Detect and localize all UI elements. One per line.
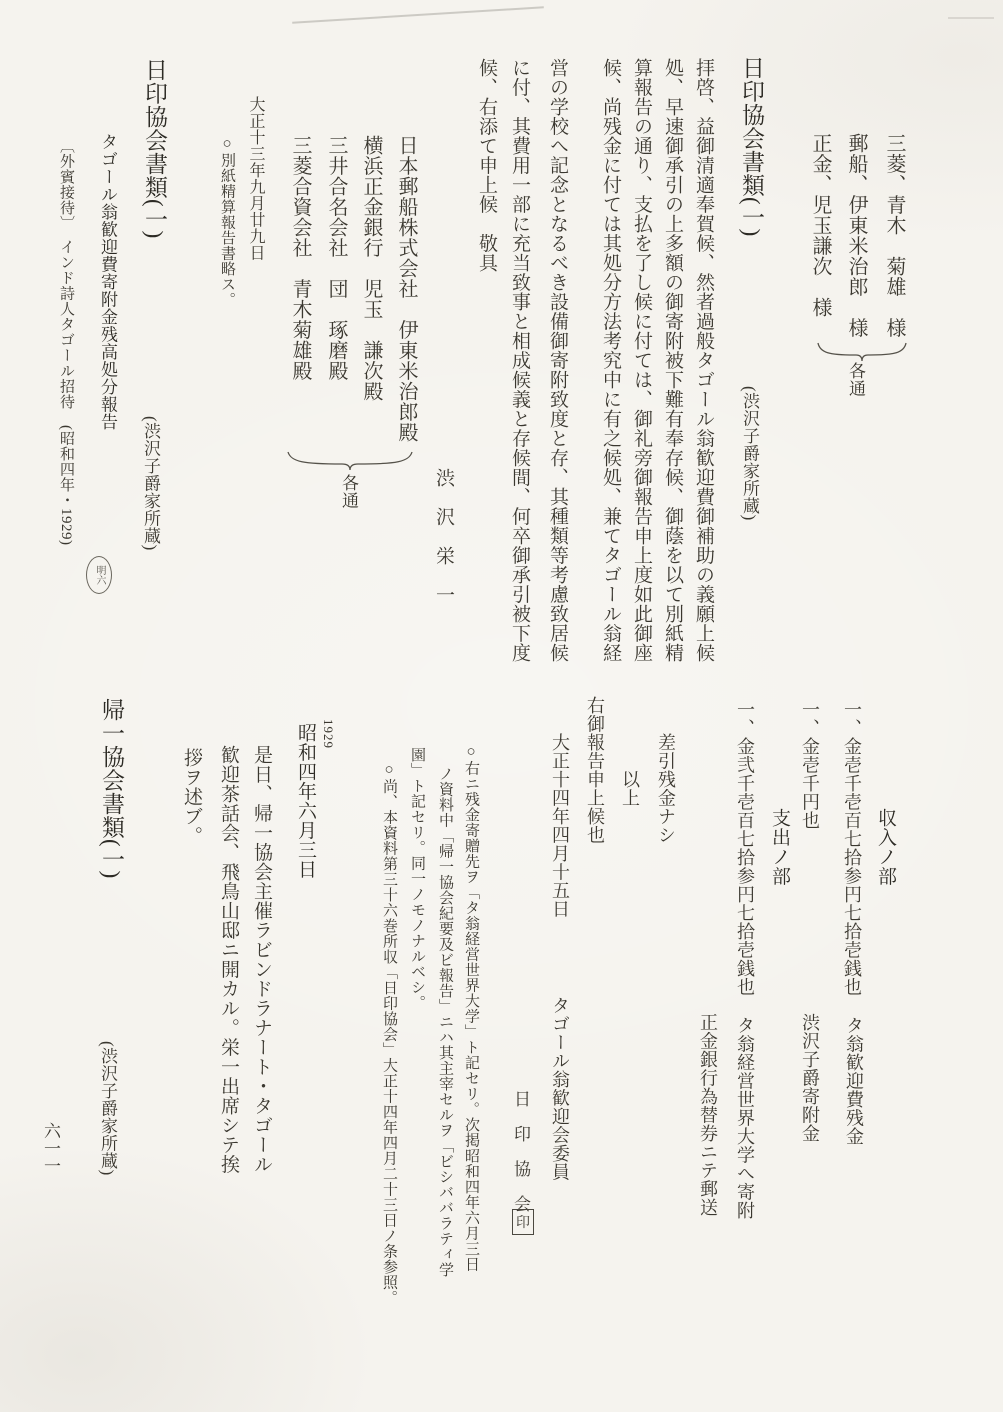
scan-mark [948, 17, 994, 19]
scan-scratch [292, 6, 544, 23]
archive-stamp: 明六 [86, 556, 112, 594]
doc3-body-column: 是日、帰一協会主催ラビンドラナート・タゴール [252, 745, 271, 1174]
balance-line: 差引残金ナシ [657, 733, 675, 844]
letter-column: 拝啓、益御清適奉賀候、然者過般タゴール翁歓迎費御補助の義願上候 [694, 58, 713, 663]
addressee-name: 正金、児玉謙次 様 [810, 133, 830, 318]
editor-note: ノ資料中「帰一協会紀要及ビ報告」ニハ其主宰セルヲ「ビシババラティ学 [437, 766, 452, 1278]
org-seal-char: 印 [516, 1212, 530, 1232]
closing-word: 以上 [621, 770, 639, 807]
letter-column: 処、早速御承引の上多額の御寄附被下難有奉存候、御蔭を以て別紙精 [663, 58, 682, 663]
group-brace [816, 341, 908, 363]
doc1-omission-note: ○別紙精算報告書略ス。 [219, 136, 234, 308]
recipient: 三菱合資会社 青木菊雄殿 [290, 135, 310, 381]
each-copy-note: 各通 [847, 362, 864, 397]
income-label: 渋沢子爵寄附金 [801, 1013, 819, 1143]
org-seal: 印 [512, 1209, 534, 1235]
doc2-source: (渋沢子爵家所蔵) [142, 416, 159, 551]
expense-amount: 一、金弐千壱百七拾参円七拾壱銭也 [736, 700, 754, 996]
doc3-body-column: 歓迎茶話会、飛鳥山邸ニ開カル。栄一出席シテ挨 [219, 745, 238, 1174]
editor-note: 園」ト記セリ。同一ノモノナルベシ。 [409, 747, 424, 1011]
expense-section-header: 支出ノ部 [770, 808, 789, 886]
letter-column: 営の学校へ記念となるべき設備御寄附致度と存、其種類等考慮致居候 [548, 58, 567, 663]
editor-note: ○尚、本資料第三十六巻所収「日印協会」大正十四年四月二十三日ノ条参照。 [381, 762, 396, 1306]
report-date: 大正十四年四月十五日 [551, 733, 569, 918]
doc3-title: 帰一協会書類(一) [100, 698, 123, 879]
letter-column: 候、右添て申上候 敬具 [477, 58, 496, 273]
doc1-source: (渋沢子爵家所蔵) [741, 386, 758, 521]
income-amount: 一、金壱千円也 [801, 700, 819, 830]
page-number: 六一一 [42, 1122, 59, 1175]
letter-column: 算報告の通り、支払を了し候に付ては、御礼旁御報告申上度如此御座 [632, 58, 651, 663]
income-amount: 一、金壱千壱百七拾参円七拾壱銭也 [843, 700, 861, 996]
doc3-year-western: 1929 [322, 719, 335, 749]
doc1-title: 日印協会書類(一) [740, 56, 763, 237]
each-copy-note: 各通 [340, 474, 357, 509]
org-name: 日 印 協 会 [512, 1090, 529, 1213]
doc3-source: (渋沢子爵家所蔵) [99, 1041, 116, 1176]
sender-signature: 渋 沢 栄 一 [434, 468, 453, 605]
expense-label: タ翁経営世界大学へ寄附 [736, 1016, 754, 1220]
report-line: 右御報告申上候也 [586, 696, 604, 844]
letter-column: 候、尚残金に付ては其処分方法考究中に有之候処、兼てタゴール翁経 [601, 58, 620, 663]
doc1-date: 大正十三年九月廿九日 [247, 96, 263, 261]
recipient: 三井合名会社 団 琢磨殿 [326, 135, 346, 381]
committee-name: タゴール翁歓迎会委員 [551, 996, 569, 1181]
letter-column: に付、其費用一部に充当致事と相成候義と存候間、何卒御承引被下度 [510, 58, 529, 663]
archive-stamp-label: 明六 [94, 565, 104, 585]
group-brace [286, 450, 414, 472]
editor-note: ○右ニ残金寄贈先ヲ「タ翁経営世界大学」ト記セリ。次掲昭和四年六月三日 [463, 744, 478, 1272]
doc2-subject: タゴール翁歓迎費寄附金残高処分報告 [99, 133, 116, 431]
document-page: 三菱、青木 菊雄 様 郵船、伊東米治郎 様 正金、児玉謙次 様 各通 日印協会書… [0, 0, 1003, 1412]
recipient: 横浜正金銀行 児玉 謙次殿 [361, 135, 381, 402]
income-section-header: 収入ノ部 [876, 808, 895, 886]
addressee-name: 郵船、伊東米治郎 様 [846, 133, 866, 338]
income-label: タ翁歓迎費残金 [845, 1016, 863, 1146]
doc3-date: 昭和四年六月三日 [296, 723, 315, 879]
addressee-name: 三菱、青木 菊雄 様 [884, 133, 904, 338]
recipient: 日本郵船株式会社 伊東米治郎殿 [396, 135, 416, 443]
doc2-category: 〔外賓接待〕 インド詩人タゴール招待 (昭和四年・1929) [58, 138, 73, 546]
doc3-body-column: 拶ヲ述ブ。 [182, 748, 201, 846]
doc2-title: 日印協会書類(一) [143, 58, 166, 239]
expense-label-2: 正金銀行為替券ニテ郵送 [699, 1013, 717, 1217]
